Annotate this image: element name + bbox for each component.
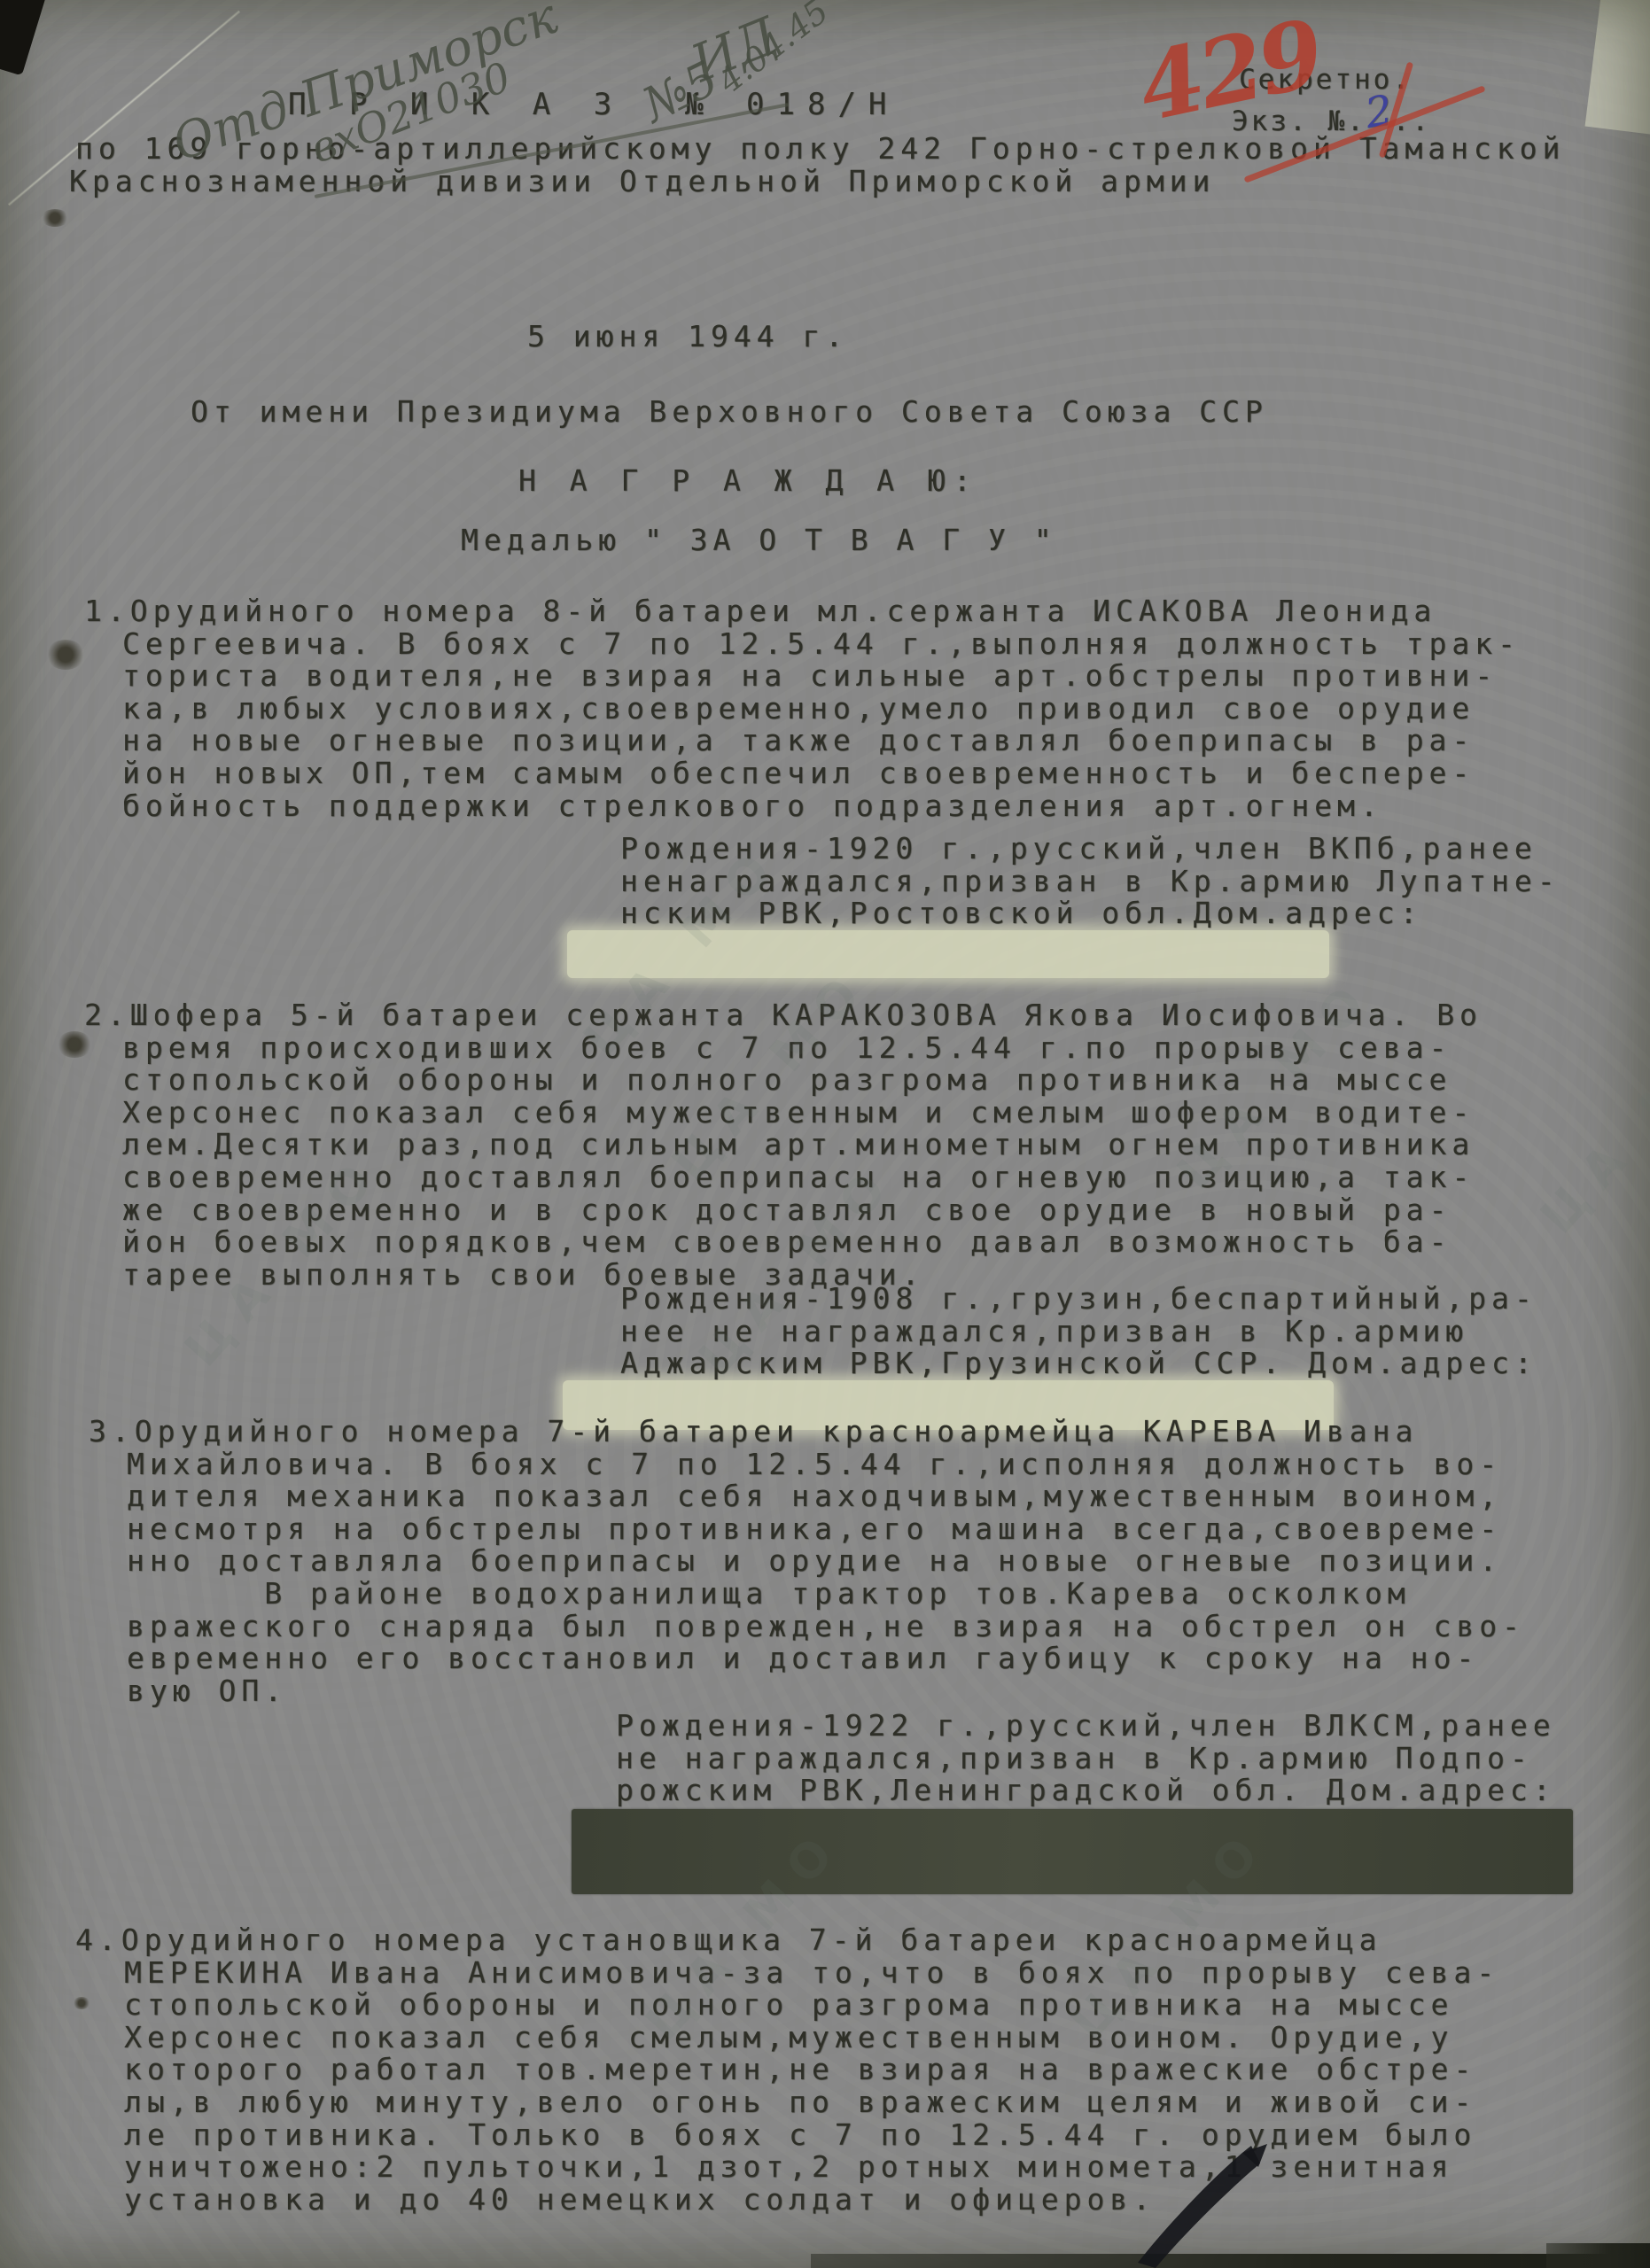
redaction-bar [572,1809,1573,1894]
paper-hole [46,640,85,670]
corner-shadow-artifact [0,0,47,75]
award-item-3: 3.Орудийного номера 7-й батареи красноар… [127,1416,1525,1707]
medal-line: Медалью " ЗА О Т В А Г У " [461,524,1057,557]
paper-stain [73,1997,90,2009]
archive-watermark: ЦА МО [1529,1009,1650,1244]
award-item-4: 4.Орудийного номера установщика 7-й бата… [124,1924,1499,2216]
preamble-line: От имени Президиума Верховного Совета Со… [191,396,1268,429]
paper-tear-edge [1585,0,1650,135]
scan-edge-corner [1546,2243,1650,2268]
paper-hole [57,1031,92,1058]
paper-stain [41,209,69,227]
ink-mark [1118,2137,1278,2268]
award-item-3-bio: Рождения-1922 г.,русский,член ВЛКСМ,ране… [616,1710,1556,1807]
order-date: 5 июня 1944 г. [527,321,848,353]
order-subtitle-line1: по 169 горно-артиллерийскому полку 242 Г… [75,133,1565,166]
award-item-1: 1.Орудийного номера 8-й батареи мл.сержа… [122,595,1521,822]
scanned-order-document: ЦА МО ЦА МО ЦА МО ЦА МО ЦА МО ЦА МО ЦА М… [0,0,1650,2268]
order-subtitle-line2: Краснознаменной дивизии Отдельной Примор… [69,166,1215,198]
decree-line: Н А Г Р А Ж Д А Ю: [518,465,979,498]
